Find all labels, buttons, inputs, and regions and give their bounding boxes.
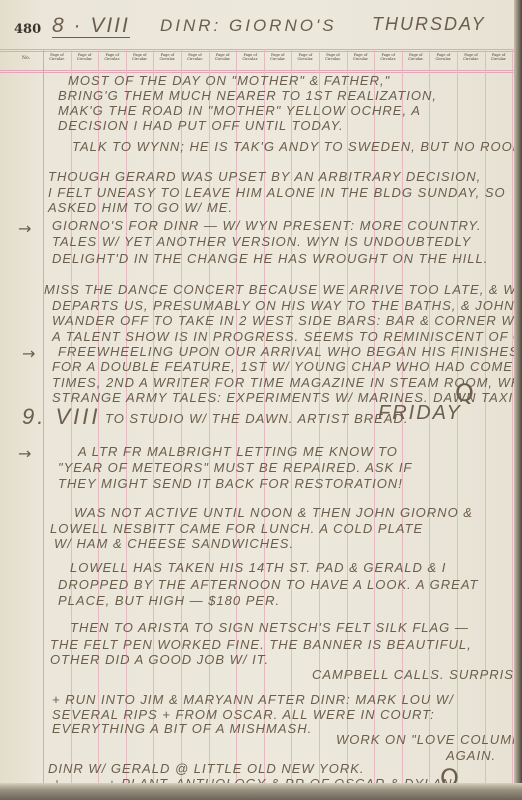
handwritten-line: DINR W/ GERALD @ LITTLE OLD NEW YORK. xyxy=(48,761,365,776)
handwritten-line: EVERYTHING A BIT OF A MISHMASH. xyxy=(52,721,312,736)
handwritten-line: TO STUDIO W/ THE DAWN. ARTIST BREAD. xyxy=(105,411,408,426)
handwritten-line: THE FELT PEN WORKED FINE. THE BANNER IS … xyxy=(50,637,472,652)
column-header-page-of-circular: Page of Circular. xyxy=(210,53,236,61)
column-header-page-of-circular: Page of Circular. xyxy=(348,53,374,61)
column-header-page-of-circular: Page of Circular. xyxy=(265,53,291,61)
handwritten-line: MISS THE DANCE CONCERT BECAUSE WE ARRIVE… xyxy=(44,282,516,297)
signature-initial-icon: Q xyxy=(455,379,474,407)
column-header-page-of-circular: Page of Circular. xyxy=(72,53,98,61)
handwritten-line: MOST OF THE DAY ON "MOTHER" & FATHER," xyxy=(68,73,390,88)
ledger-page: 480 8 · VIII DINR: GIORNO'S THURSDAY No.… xyxy=(0,0,516,783)
page-bottom-edge xyxy=(0,783,522,800)
handwritten-line: A LTR FR MALBRIGHT LETTING ME KNOW TO xyxy=(78,444,398,459)
column-header-page-of-circular: Page of Circular. xyxy=(99,53,125,61)
handwritten-line: MAK'G THE ROAD IN "MOTHER" YELLOW OCHRE,… xyxy=(58,103,421,118)
signature-initial-icon: Q xyxy=(440,764,459,783)
handwritten-line: A TALENT SHOW IS IN PROGRESS. SEEMS TO R… xyxy=(52,329,516,344)
margin-arrow-icon: → xyxy=(18,444,31,463)
handwritten-line: WAS NOT ACTIVE UNTIL NOON & THEN JOHN GI… xyxy=(74,505,473,520)
handwritten-line: AGAIN. xyxy=(446,748,496,763)
entry-day-friday: FRIDAY xyxy=(378,402,462,425)
handwritten-line: THEY MIGHT SEND IT BACK FOR RESTORATION! xyxy=(58,476,403,491)
entry-place: DINR: GIORNO'S xyxy=(160,16,337,36)
column-header-page-of-circular: Page of Circular. xyxy=(403,53,429,61)
column-header-no: No. xyxy=(22,56,30,61)
handwritten-line: THOUGH GERARD WAS UPSET BY AN ARBITRARY … xyxy=(48,169,481,184)
handwritten-line: FOR A DOUBLE FEATURE, 1ST W/ YOUNG CHAP … xyxy=(52,359,516,374)
margin-arrow-icon: → xyxy=(22,344,35,363)
entry-date-friday: 9. VIII xyxy=(22,404,100,430)
page-number: 480 xyxy=(14,22,41,37)
page-edge-shadow xyxy=(514,0,522,800)
handwritten-line: SEVERAL RIPS + FROM OSCAR. ALL WERE IN C… xyxy=(52,707,435,722)
column-header-page-of-circular: Page of Circular. xyxy=(44,53,70,61)
handwritten-line: FREEWHEELING UPON OUR ARRIVAL WHO BEGAN … xyxy=(58,344,516,359)
column-header-page-of-circular: Page of Circular. xyxy=(127,53,153,61)
handwritten-line: DELIGHT'D IN THE CHANGE HE HAS WROUGHT O… xyxy=(52,251,488,266)
handwritten-line: TALK TO WYNN; HE IS TAK'G ANDY TO SWEDEN… xyxy=(72,139,516,154)
column-header-page-of-circular: Page of Circular. xyxy=(154,53,180,61)
handwritten-line: PLACE, BUT HIGH — $180 PER. xyxy=(58,593,280,608)
handwritten-line: BRING'G THEM MUCH NEARER TO 1ST REALIZAT… xyxy=(58,88,437,103)
column-header-page-of-circular: Page of Circular. xyxy=(430,53,456,61)
handwritten-line: + PLANT, ANTHOLOGY & PR OF OSCAR & DYLAN… xyxy=(108,776,457,783)
handwritten-line: GIORNO'S FOR DINR — W/ WYN PRESENT: MORE… xyxy=(52,218,481,233)
column-header-page-of-circular: Page of Circular. xyxy=(375,53,401,61)
column-header-page-of-circular: Page of Circular. xyxy=(292,53,318,61)
column-header-page-of-circular: Page of Circular. xyxy=(458,53,484,61)
handwritten-line: I FELT UNEASY TO LEAVE HIM ALONE IN THE … xyxy=(48,185,506,200)
handwritten-line: ASKED HIM TO GO W/ ME. xyxy=(48,200,233,215)
handwritten-line: TALES W/ YET ANOTHER VERSION. WYN IS UND… xyxy=(52,234,471,249)
handwritten-line: WANDER OFF TO TAKE IN 2 WEST SIDE BARS: … xyxy=(52,313,516,328)
handwritten-line: "YEAR OF METEORS" MUST BE REPAIRED. ASK … xyxy=(58,460,412,475)
column-header-page-of-circular: Page of Circular. xyxy=(486,53,512,61)
column-header-page-of-circular: Page of Circular. xyxy=(182,53,208,61)
handwritten-line: DEPARTS US, PRESUMABLY ON HIS WAY TO THE… xyxy=(52,298,516,313)
handwritten-line: CAMPBELL CALLS. SURPRISED. xyxy=(312,667,516,682)
handwritten-line: THEN TO ARISTA TO SIGN NETSCH'S FELT SIL… xyxy=(70,620,469,635)
handwritten-line: OTHER DID A GOOD JOB W/ IT. xyxy=(50,652,269,667)
handwritten-line: DECISION I HAD PUT OFF UNTIL TODAY. xyxy=(58,118,344,133)
handwritten-line: + RUN INTO JIM & MARYANN AFTER DINR: MAR… xyxy=(52,692,454,707)
handwritten-line: LOWELL HAS TAKEN HIS 14TH ST. PAD & GERA… xyxy=(70,560,446,575)
entry-day-thursday: THURSDAY xyxy=(372,14,486,35)
handwritten-line: WORK ON "LOVE COLUMN" xyxy=(336,732,516,747)
margin-arrow-icon: → xyxy=(18,219,31,238)
handwritten-line: LOWELL NESBITT CAME FOR LUNCH. A COLD PL… xyxy=(50,521,423,536)
entry-date-thursday: 8 · VIII xyxy=(52,14,130,38)
handwritten-line: W/ HAM & CHEESE SANDWICHES. xyxy=(54,536,294,551)
column-header-page-of-circular: Page of Circular. xyxy=(237,53,263,61)
handwritten-line: DROPPED BY THE AFTERNOON TO HAVE A LOOK.… xyxy=(58,577,479,592)
handwritten-line: TIMES, 2ND A WRITER FOR TIME MAGAZINE IN… xyxy=(52,375,516,390)
column-header-page-of-circular: Page of Circular. xyxy=(320,53,346,61)
